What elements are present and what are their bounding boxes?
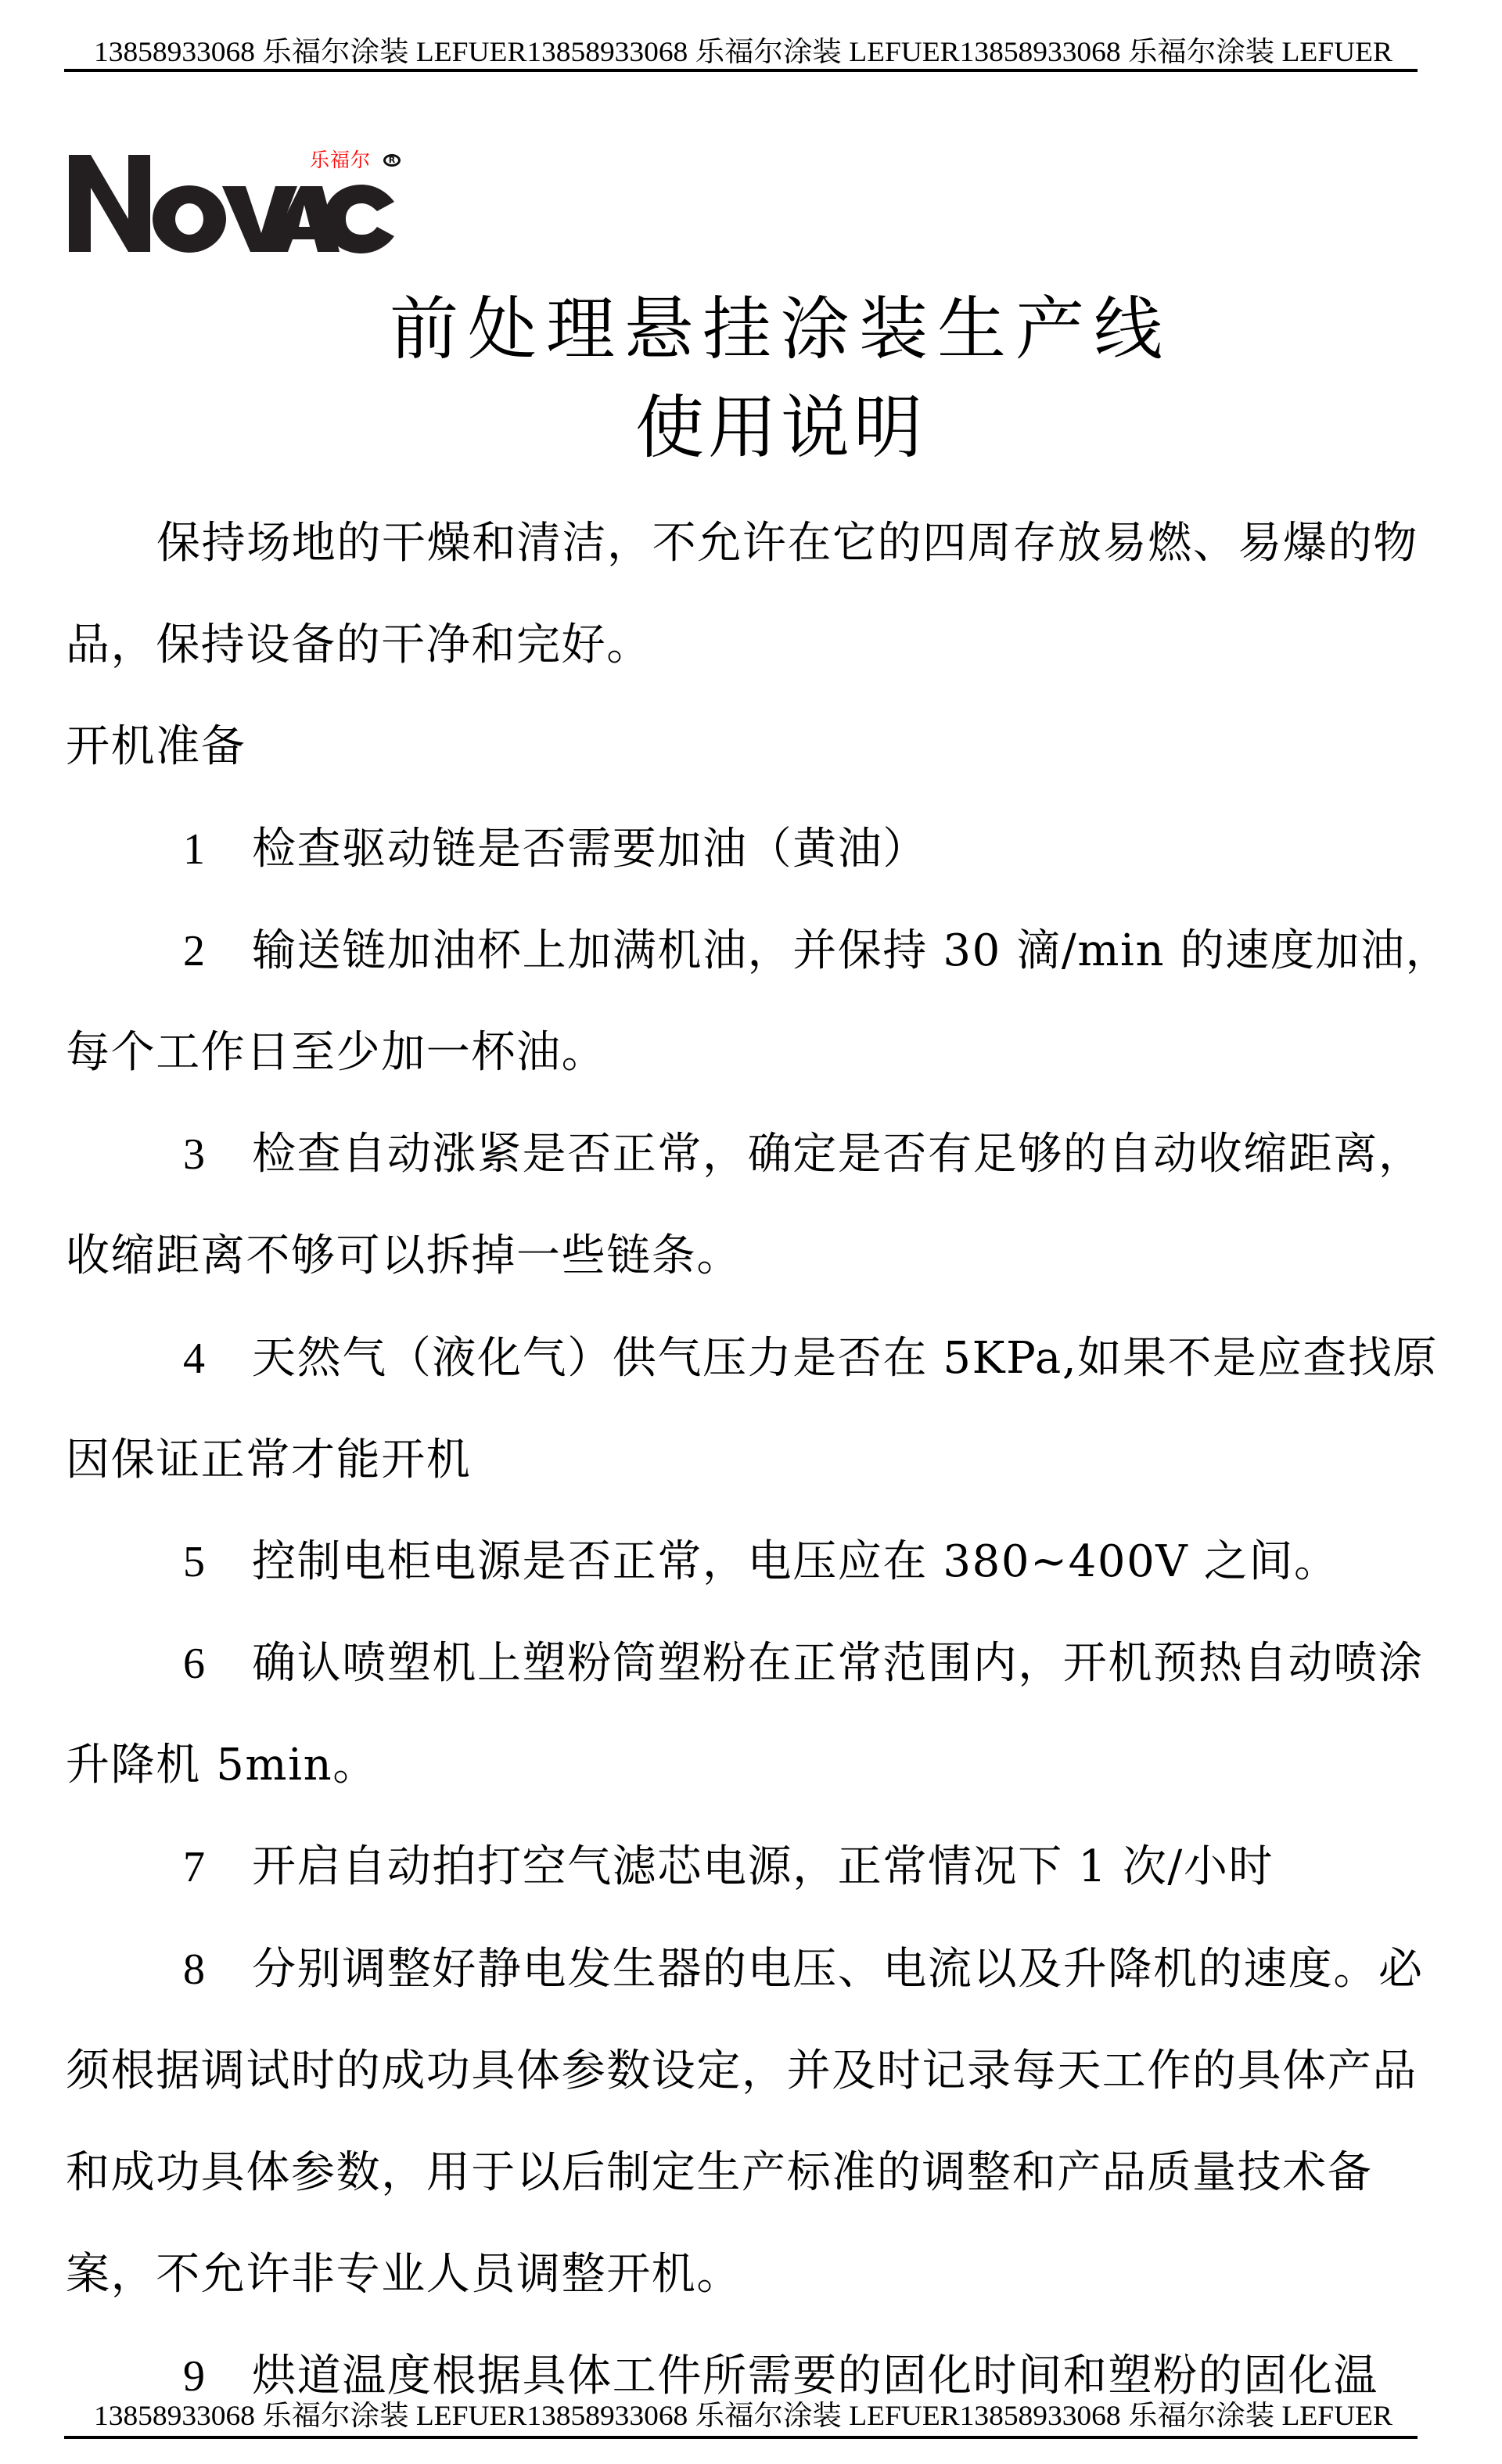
item-text: 分别调整好静电发生器的电压、电流以及升降机的速度。必 xyxy=(252,1944,1424,1995)
item-5: 5控制电柜电源是否正常，电压应在 380~400V 之间。 xyxy=(66,1511,1427,1613)
item-text: 检查自动涨紧是否正常，确定是否有足够的自动收缩距离， xyxy=(252,1129,1424,1180)
item-text: 确认喷塑机上塑粉筒塑粉在正常范围内，开机预热自动喷涂 xyxy=(252,1638,1424,1689)
document-title: 前处理悬挂涂装生产线 xyxy=(0,286,1502,372)
item-number: 6 xyxy=(160,1613,252,1715)
item-2: 2输送链加油杯上加满机油，并保持 30 滴/min 的速度加油， xyxy=(66,900,1427,1002)
item-2-cont: 每个工作日至少加一杯油。 xyxy=(66,1002,1427,1104)
item-number: 5 xyxy=(160,1511,252,1613)
item-number: 8 xyxy=(160,1919,252,2020)
running-header: 13858933068 乐福尔涂装 LEFUER13858933068 乐福尔涂… xyxy=(94,36,1392,67)
item-number: 7 xyxy=(160,1816,252,1918)
item-6-cont: 升降机 5min。 xyxy=(66,1715,1427,1816)
item-number: 4 xyxy=(160,1308,252,1410)
item-7: 7开启自动拍打空气滤芯电源，正常情况下 1 次/小时 xyxy=(66,1816,1427,1918)
item-8-cont-1: 须根据调试时的成功具体参数设定，并及时记录每天工作的具体产品 xyxy=(66,2020,1427,2122)
item-number: 2 xyxy=(160,900,252,1002)
item-text: 烘道温度根据具体工件所需要的固化时间和塑粉的固化温 xyxy=(252,2351,1378,2401)
registered-mark-icon: R xyxy=(383,154,401,167)
intro-line-2: 品，保持设备的干净和完好。 xyxy=(66,594,1427,696)
header-rule xyxy=(64,69,1418,72)
running-footer: 13858933068 乐福尔涂装 LEFUER13858933068 乐福尔涂… xyxy=(94,2400,1392,2431)
item-number: 1 xyxy=(160,799,252,900)
item-4: 4天然气（液化气）供气压力是否在 5KPa,如果不是应查找原 xyxy=(66,1308,1427,1410)
item-4-cont: 因保证正常才能开机 xyxy=(66,1410,1427,1511)
item-number: 3 xyxy=(160,1104,252,1205)
intro-line-1: 保持场地的干燥和清洁，不允许在它的四周存放易燃、易爆的物 xyxy=(66,493,1427,594)
item-8-cont-2: 和成功具体参数，用于以后制定生产标准的调整和产品质量技术备 xyxy=(66,2122,1427,2224)
item-3-cont: 收缩距离不够可以拆掉一些链条。 xyxy=(66,1205,1427,1307)
item-text: 控制电柜电源是否正常，电压应在 380~400V 之间。 xyxy=(252,1536,1339,1587)
item-6: 6确认喷塑机上塑粉筒塑粉在正常范围内，开机预热自动喷涂 xyxy=(66,1613,1427,1715)
item-text: 输送链加油杯上加满机油，并保持 30 滴/min 的速度加油， xyxy=(252,925,1450,976)
item-text: 检查驱动链是否需要加油（黄油） xyxy=(252,824,928,875)
section-heading: 开机准备 xyxy=(66,696,1427,798)
document-subtitle: 使用说明 xyxy=(0,385,1502,471)
item-text: 天然气（液化气）供气压力是否在 5KPa,如果不是应查找原 xyxy=(252,1333,1438,1384)
logo-cn-name: 乐福尔 xyxy=(310,149,371,172)
footer-rule xyxy=(64,2436,1418,2439)
novac-logo: 乐福尔 R xyxy=(66,141,410,258)
item-8: 8分别调整好静电发生器的电压、电流以及升降机的速度。必 xyxy=(66,1919,1427,2020)
item-text: 开启自动拍打空气滤芯电源，正常情况下 1 次/小时 xyxy=(252,1841,1274,1892)
item-8-cont-3: 案，不允许非专业人员调整开机。 xyxy=(66,2224,1427,2326)
item-1: 1检查驱动链是否需要加油（黄油） xyxy=(66,799,1427,900)
item-3: 3检查自动涨紧是否正常，确定是否有足够的自动收缩距离， xyxy=(66,1104,1427,1205)
document-body: 保持场地的干燥和清洁，不允许在它的四周存放易燃、易爆的物 品，保持设备的干净和完… xyxy=(66,493,1427,2428)
